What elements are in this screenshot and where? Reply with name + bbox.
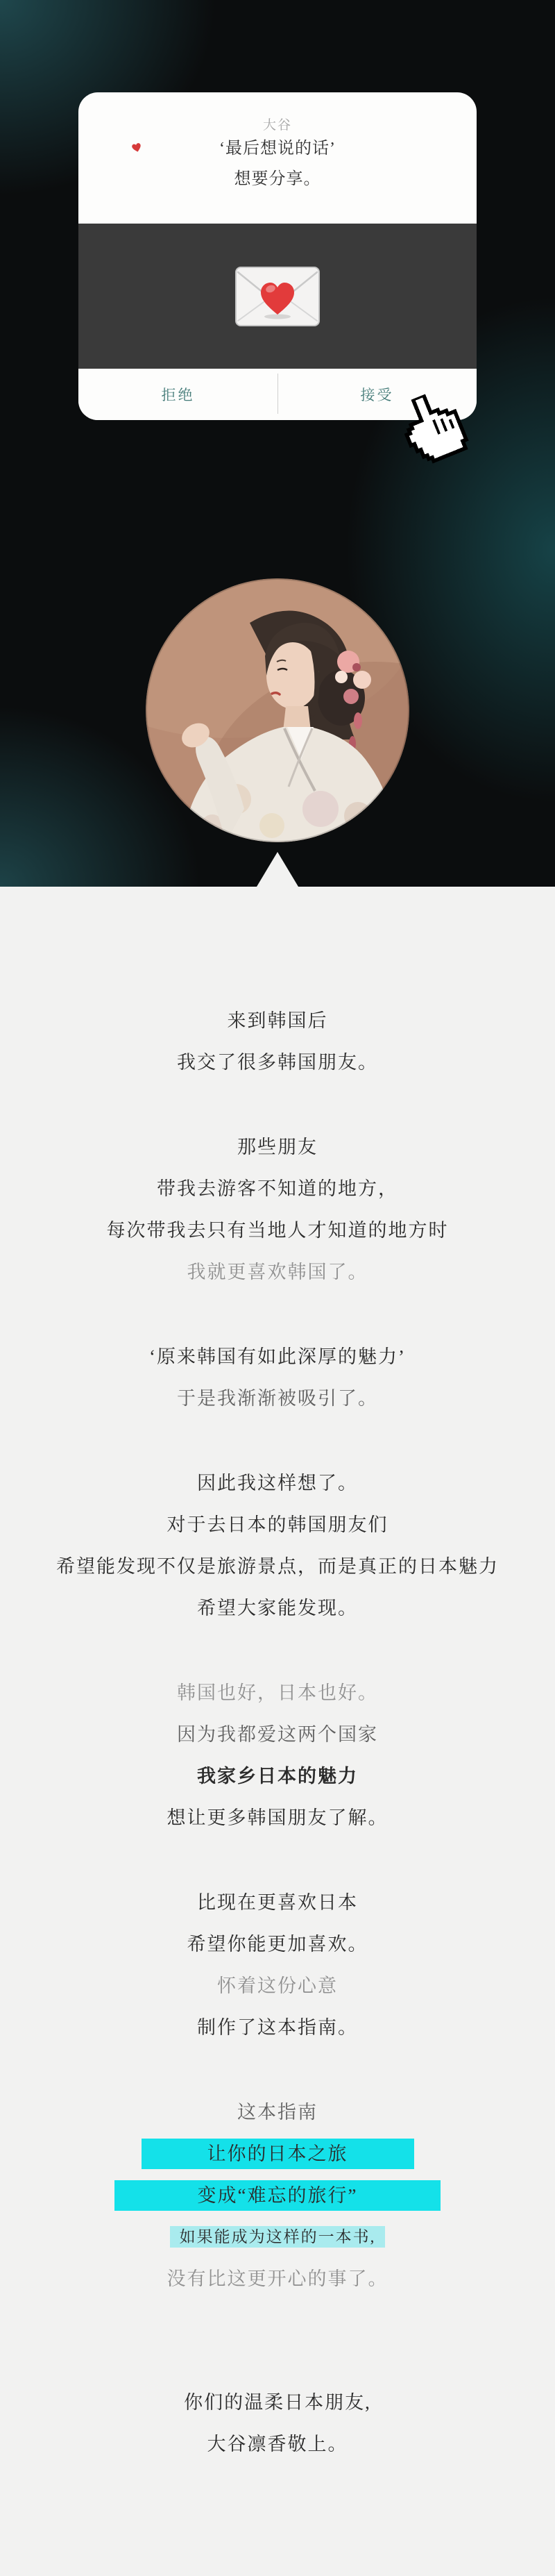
letter-line: 对于去日本的韩国朋友们 <box>0 1504 555 1546</box>
letter-line: 比现在更喜欢日本 <box>0 1882 555 1923</box>
letter-line: 变成“难忘的旅行” <box>0 2175 555 2216</box>
dialog-sender: 大谷 <box>78 92 477 133</box>
letter-line: 带我去游客不知道的地方， <box>0 1168 555 1210</box>
cyan-light-highlight: 如果能成为这样的一本书, <box>170 2226 386 2248</box>
letter-line: 于是我渐渐被吸引了。 <box>0 1378 555 1419</box>
letter-line: 如果能成为这样的一本书, <box>0 2216 555 2258</box>
letter-line: 因此我这样想了。 <box>0 1462 555 1504</box>
letter-line: 那些朋友 <box>0 1126 555 1168</box>
letter-line: 韩国也好，日本也好。 <box>0 1672 555 1714</box>
cyan-highlight: 让你的日本之旅 <box>142 2139 414 2169</box>
letter-line: 大谷凛香敬上。 <box>0 2423 555 2465</box>
letter-line: 希望能发现不仅是旅游景点，而是真正的日本魅力 <box>0 1546 555 1587</box>
message-dialog: 大谷 ‘最后想说的话’ 想要分享。 拒绝 <box>78 92 477 420</box>
letter-line: 希望你能更加喜欢。 <box>0 1923 555 1965</box>
letter-section: 来到韩国后 我交了很多韩国朋友。 那些朋友 带我去游客不知道的地方， 每次带我去… <box>0 887 555 2465</box>
letter-line: 来到韩国后 <box>0 1000 555 1042</box>
letter-line: 希望大家能发现。 <box>0 1587 555 1629</box>
hero-section: 大谷 ‘最后想说的话’ 想要分享。 拒绝 <box>0 0 555 887</box>
cyan-highlight: 变成“难忘的旅行” <box>114 2180 441 2211</box>
love-letter-icon <box>234 266 321 327</box>
reject-button[interactable]: 拒绝 <box>78 369 277 420</box>
attachment-panel <box>78 224 477 369</box>
action-divider <box>277 374 278 414</box>
letter-line: ‘原来韩国有如此深厚的魅力’ <box>0 1336 555 1378</box>
letter-line: 我就更喜欢韩国了。 <box>0 1251 555 1293</box>
letter-line: 制作了这本指南。 <box>0 2007 555 2048</box>
letter-line: 怀着这份心意 <box>0 1965 555 2007</box>
letter-line: 因为我都爱这两个国家 <box>0 1714 555 1755</box>
section-notch <box>257 852 298 887</box>
letter-line: 我家乡日本的魅力 <box>0 1755 555 1797</box>
dialog-header: 大谷 ‘最后想说的话’ 想要分享。 <box>78 92 477 224</box>
letter-line: 我交了很多韩国朋友。 <box>0 1042 555 1083</box>
letter-line: 这本指南 <box>0 2091 555 2133</box>
letter-line: 让你的日本之旅 <box>0 2133 555 2175</box>
letter-line: 没有比这更开心的事了。 <box>0 2258 555 2300</box>
dialog-message-line2: 想要分享。 <box>78 164 477 194</box>
letter-line: 每次带我去只有当地人才知道的地方时 <box>0 1210 555 1251</box>
letter-line: 想让更多韩国朋友了解。 <box>0 1797 555 1839</box>
avatar-photo <box>146 578 409 842</box>
letter-line: 你们的温柔日本朋友, <box>0 2382 555 2423</box>
page: 大谷 ‘最后想说的话’ 想要分享。 拒绝 <box>0 0 555 2576</box>
